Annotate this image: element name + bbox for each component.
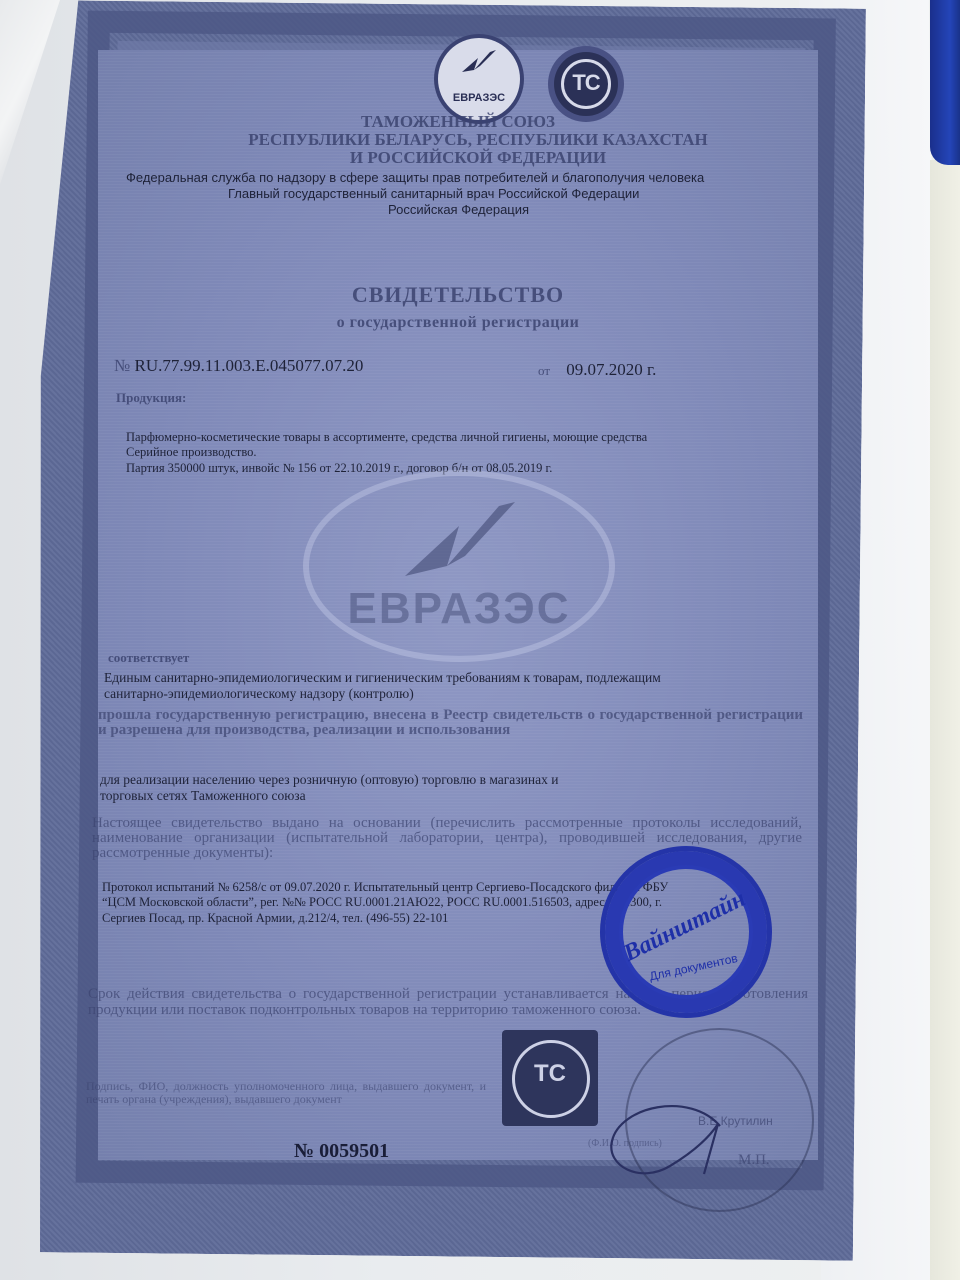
bird-emblem-icon: [460, 48, 498, 76]
agency-line-1: Федеральная служба по надзору в сфере за…: [126, 170, 704, 185]
conformity-line-2: санитарно-эпидемиологическому надзору (к…: [104, 686, 414, 702]
agency-line-3: Российская Федерация: [388, 202, 529, 217]
watermark-label: ЕВРАЗЭС: [309, 584, 609, 634]
usage-line-1: для реализации населению через розничную…: [100, 772, 558, 788]
customs-union-logo-label: ТС: [554, 70, 618, 96]
background-sheet: [930, 160, 960, 1280]
conformity-label: соответствует: [108, 650, 189, 666]
registration-number: RU.77.99.11.003.Е.045077.07.20: [134, 356, 363, 375]
registration-date-prefix: от: [538, 363, 550, 378]
product-label: Продукция:: [116, 390, 186, 406]
union-title-line-2: РЕСПУБЛИКИ БЕЛАРУСЬ, РЕСПУБЛИКИ КАЗАХСТА…: [98, 130, 858, 150]
product-line-2: Серийное производство.: [126, 445, 257, 460]
union-title-line-1: ТАМОЖЕННЫЙ СОЮЗ: [98, 112, 818, 132]
registration-statement: прошла государственную регистрацию, внес…: [98, 708, 803, 738]
usage-line-2: торговых сетях Таможенного союза: [100, 788, 306, 804]
product-line-1: Парфюмерно-косметические товары в ассорт…: [126, 430, 647, 445]
signature-scribble-icon: [600, 1096, 740, 1186]
basis-line-2: “ЦСМ Московской области”, рег. №№ РОСС R…: [102, 895, 662, 910]
eurasec-logo-icon: ЕВРАЗЭС: [438, 38, 520, 120]
square-logo-label: ТС: [502, 1060, 598, 1088]
union-title-line-3: И РОССИЙСКОЙ ФЕДЕРАЦИИ: [98, 148, 858, 168]
document-subtitle: о государственной регистрации: [98, 314, 818, 332]
agency-line-2: Главный государственный санитарный врач …: [228, 186, 639, 201]
registration-date: 09.07.2020 г.: [566, 360, 656, 379]
customs-union-logo-icon: ТС: [554, 52, 618, 116]
watermark-bird-icon: [399, 496, 519, 586]
eurasec-logo-label: ЕВРАЗЭС: [438, 92, 520, 104]
basis-line-3: Сергиев Посад, пр. Красной Армии, д.212/…: [102, 911, 448, 926]
form-number: № 0059501: [294, 1140, 389, 1163]
conformity-line-1: Единым санитарно-эпидемиологическим и ги…: [104, 670, 661, 686]
document-title: СВИДЕТЕЛЬСТВО: [98, 282, 818, 308]
registration-number-row: № RU.77.99.11.003.Е.045077.07.20: [114, 356, 363, 376]
signature-label: Подпись, ФИО, должность уполномоченного …: [86, 1080, 486, 1106]
eurasec-watermark: ЕВРАЗЭС: [303, 470, 615, 662]
registration-date-row: от 09.07.2020 г.: [538, 360, 656, 380]
registration-number-prefix: №: [114, 356, 130, 375]
blue-binder-object: [930, 0, 960, 165]
basis-line-1: Протокол испытаний № 6258/с от 09.07.202…: [102, 880, 668, 895]
customs-union-square-logo-icon: ТС: [502, 1030, 598, 1126]
curled-page-edge: [0, 0, 60, 280]
